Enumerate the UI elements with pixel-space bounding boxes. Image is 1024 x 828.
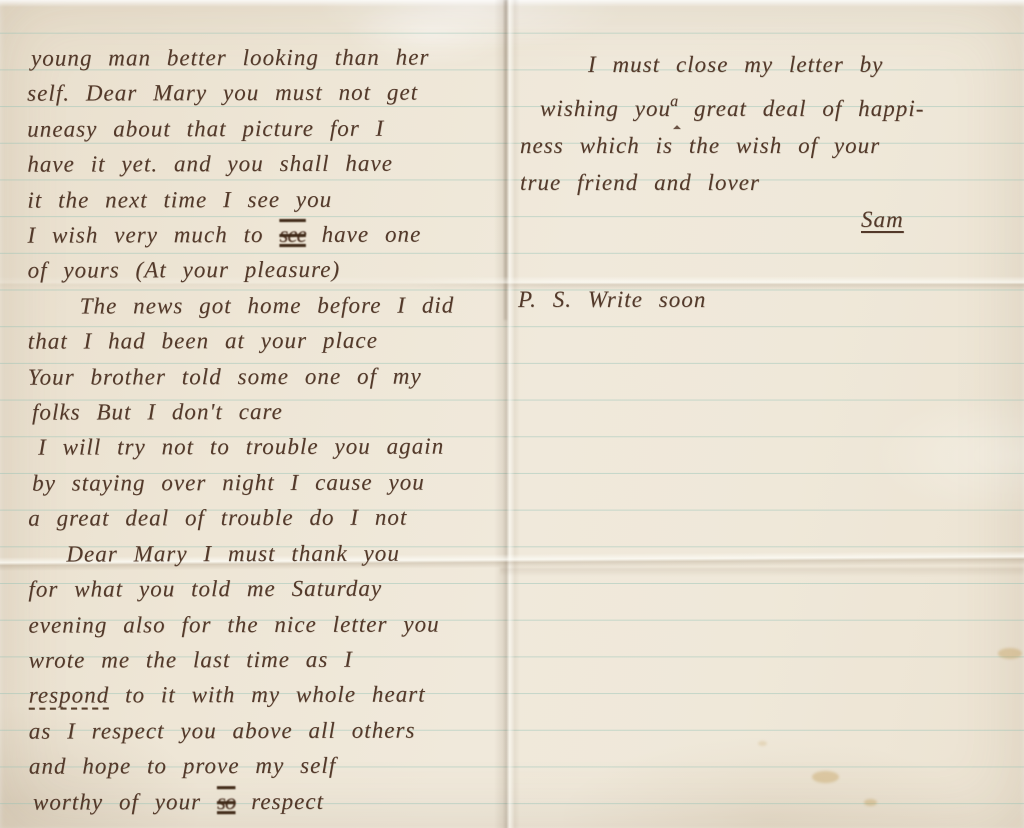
handwritten-text: I must close my letter by — [588, 52, 883, 77]
letter-line: as I respect you above all others — [29, 712, 517, 749]
letter-line: by staying over night I cause you — [28, 464, 516, 501]
handwritten-text: Your brother told some one of my — [28, 363, 422, 389]
handwritten-text: worthy of your — [33, 789, 217, 814]
letter-line: true friend and lover — [516, 164, 1022, 201]
handwritten-text: P. S. Write soon — [518, 287, 706, 312]
handwritten-text: to it with my whole heart — [109, 682, 425, 708]
handwritten-text: evening also for the nice letter you — [28, 611, 439, 637]
stain — [812, 771, 839, 783]
handwritten-text: young man better looking than her — [31, 45, 429, 71]
left-page: young man better looking than herself. D… — [27, 39, 517, 819]
letter-line: I must close my letter by — [516, 46, 1022, 83]
letter-line: Dear Mary I must thank you — [28, 535, 516, 572]
inserted-word: a — [670, 83, 679, 120]
letter-line: Your brother told some one of my — [28, 358, 516, 395]
handwritten-text: wishing you — [540, 96, 671, 121]
handwritten-text: I will try not to trouble you again — [38, 434, 444, 460]
letter-line: for what you told me Saturday — [28, 570, 516, 607]
handwritten-text: respond — [29, 683, 110, 708]
handwritten-text: wrote me the last time as I — [29, 647, 353, 673]
struck-out-word: see — [279, 222, 305, 247]
letter-line: ness which is the wish of your — [516, 127, 1022, 164]
right-page: I must close my letter bywishing youa gr… — [516, 46, 1022, 318]
letter-line: evening also for the nice letter you — [28, 606, 516, 643]
letter-line: wishing youa great deal of happi- — [516, 83, 1022, 127]
letter-line: I will try not to trouble you again — [28, 429, 516, 466]
stain — [998, 648, 1022, 659]
letter-line: that I had been at your place — [28, 323, 516, 360]
letter-line: it the next time I see you — [27, 181, 515, 218]
letter-line: respond to it with my whole heart — [29, 677, 517, 714]
handwritten-text: self. Dear Mary you must not get — [27, 80, 418, 106]
letter-line: folks But I don't care — [28, 393, 516, 430]
handwritten-text: The news got home before I did — [80, 292, 455, 318]
handwritten-text: respect — [235, 788, 324, 813]
letter-line: wrote me the last time as I — [29, 641, 517, 678]
handwritten-text: uneasy about that picture for I — [27, 116, 384, 142]
letter-line: of yours (At your pleasure) — [28, 252, 516, 289]
letter-scan: young man better looking than herself. D… — [0, 0, 1024, 828]
handwritten-text: for what you told me Saturday — [28, 576, 382, 602]
letter-line: worthy of your so respect — [29, 783, 517, 820]
handwritten-text: folks But I don't care — [32, 399, 283, 425]
letter-line: uneasy about that picture for I — [27, 110, 515, 147]
horizontal-crease-lower-shadow — [500, 568, 1024, 578]
letter-line: self. Dear Mary you must not get — [27, 75, 515, 112]
letter-line: young man better looking than her — [27, 39, 515, 76]
letter-line: have it yet. and you shall have — [27, 146, 515, 183]
letter-line: P. S. Write soon — [516, 281, 1022, 318]
handwritten-text: have one — [306, 222, 422, 247]
handwritten-text: ness which is the wish of your — [520, 133, 880, 158]
handwritten-text: I wish very much to — [27, 222, 279, 248]
handwritten-text: a great deal of trouble do I not — [28, 505, 407, 531]
handwritten-text: by staying over night I cause you — [32, 469, 425, 495]
handwritten-text: Dear Mary I must thank you — [66, 540, 400, 566]
struck-out-word: so — [217, 789, 236, 814]
letter-line: I wish very much to see have one — [27, 216, 515, 253]
letter-line: and hope to prove my self — [29, 747, 517, 784]
handwritten-text: true friend and lover — [520, 170, 760, 195]
handwritten-text: have it yet. and you shall have — [27, 151, 393, 177]
handwritten-text: as I respect you above all others — [29, 717, 416, 743]
handwritten-text: it the next time I see you — [27, 186, 332, 212]
handwritten-text: and hope to prove my self — [29, 753, 336, 779]
handwritten-text: that I had been at your place — [28, 328, 378, 354]
letter-line: a great deal of trouble do I not — [28, 500, 516, 537]
signature: Sam — [861, 207, 904, 232]
handwritten-text: great deal of happi- — [678, 96, 924, 121]
stain — [758, 741, 767, 746]
stain — [864, 799, 877, 806]
letter-line: Sam — [516, 201, 1022, 238]
handwritten-text: of yours (At your pleasure) — [28, 257, 341, 283]
letter-line: The news got home before I did — [28, 287, 516, 324]
